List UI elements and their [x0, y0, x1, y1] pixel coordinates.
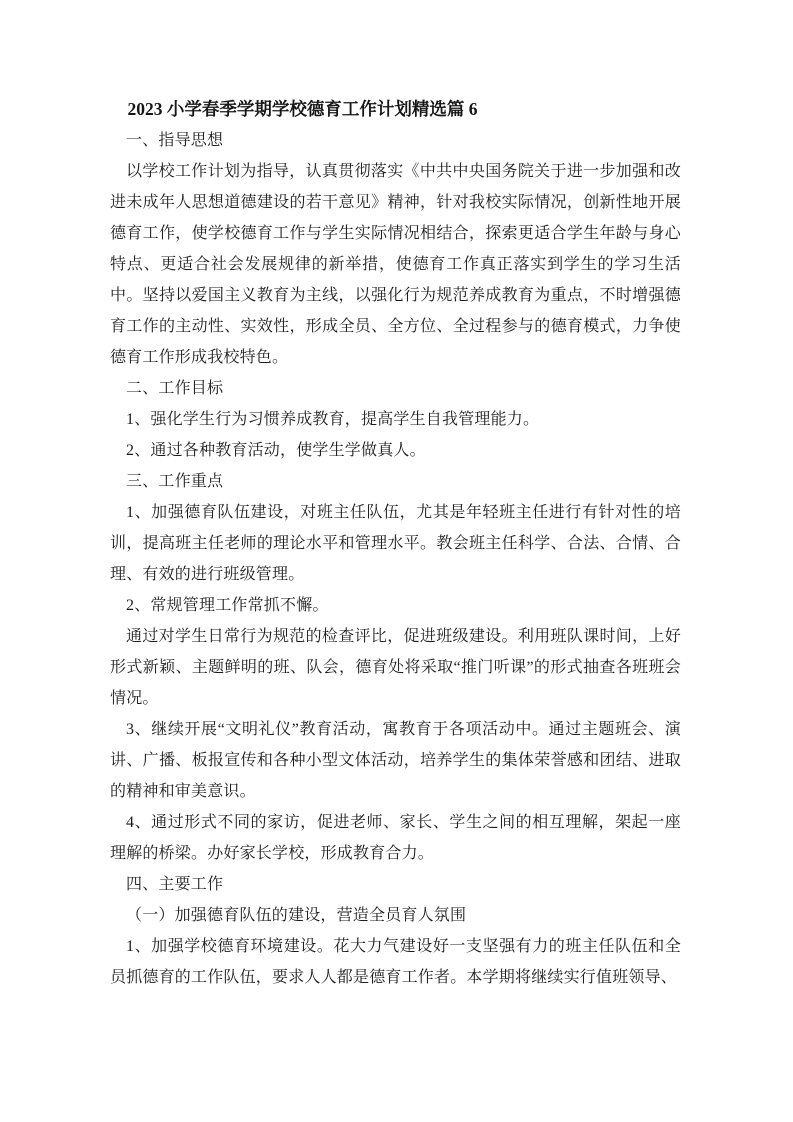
body-paragraph: 通过对学生日常行为规范的检查评比，促进班级建设。利用班队课时间，上好形式新颖、主…: [110, 621, 681, 714]
numbered-item: 2、常规管理工作常抓不懈。: [110, 590, 681, 621]
body-paragraph: 以学校工作计划为指导，认真贯彻落实《中共中央国务院关于进一步加强和改进未成年人思…: [110, 156, 681, 373]
document-title: 2023 小学春季学期学校德育工作计划精选篇 6: [110, 94, 681, 125]
subsection-heading: （一）加强德育队伍的建设，营造全员育人氛围: [110, 900, 681, 931]
numbered-item: 3、继续开展“文明礼仪”教育活动，寓教育于各项活动中。通过主题班会、演讲、广播、…: [110, 714, 681, 807]
section-heading: 二、工作目标: [110, 373, 681, 404]
section-heading: 四、主要工作: [110, 869, 681, 900]
numbered-item: 4、通过形式不同的家访，促进老师、家长、学生之间的相互理解，架起一座理解的桥梁。…: [110, 807, 681, 869]
section-heading: 三、工作重点: [110, 466, 681, 497]
section-heading: 一、指导思想: [110, 125, 681, 156]
numbered-item: 1、加强学校德育环境建设。花大力气建设好一支坚强有力的班主任队伍和全员抓德育的工…: [110, 931, 681, 993]
numbered-item: 2、通过各种教育活动，使学生学做真人。: [110, 435, 681, 466]
numbered-item: 1、强化学生行为习惯养成教育，提高学生自我管理能力。: [110, 404, 681, 435]
numbered-item: 1、加强德育队伍建设，对班主任队伍，尤其是年轻班主任进行有针对性的培训，提高班主…: [110, 497, 681, 590]
document-page: 2023 小学春季学期学校德育工作计划精选篇 6 一、指导思想 以学校工作计划为…: [0, 0, 793, 1122]
